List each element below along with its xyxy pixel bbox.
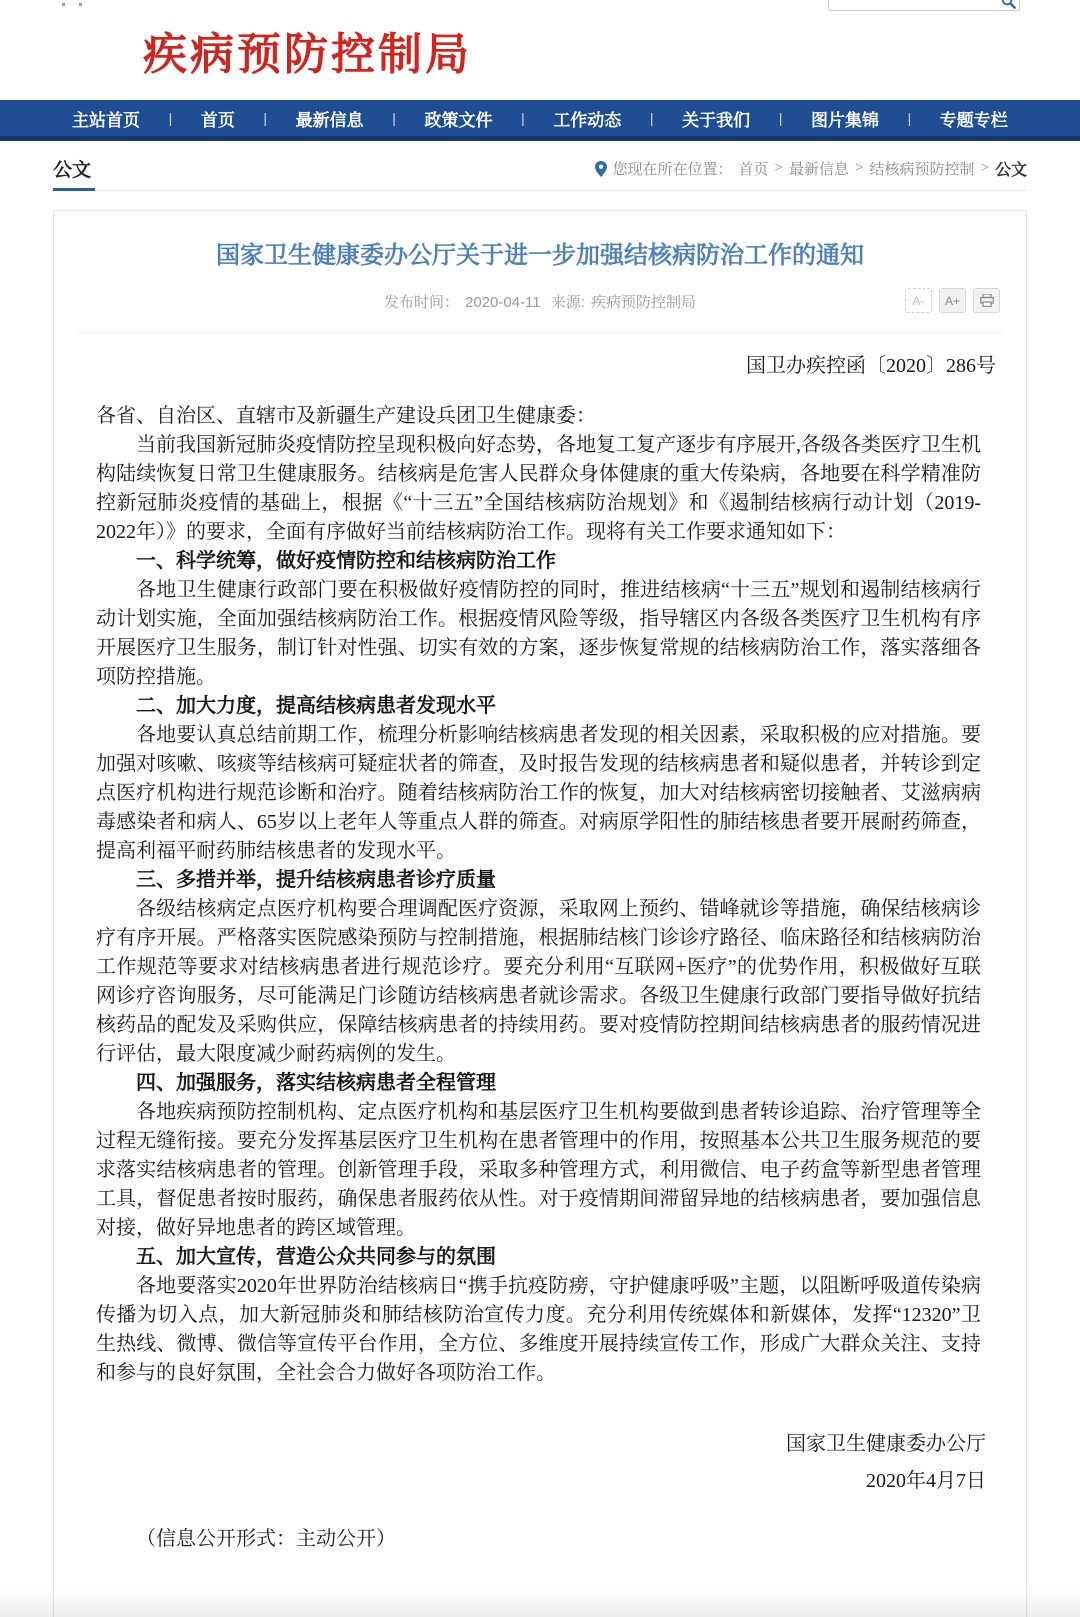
- breadcrumb-label: 您现在所在位置：: [613, 158, 733, 179]
- meta-row: 发布时间：2020-04-11 来源:疾病预防控制局 A- A+: [54, 290, 1026, 318]
- search-input[interactable]: [829, 0, 997, 10]
- nav-divider: |: [392, 110, 396, 126]
- document-number: 国卫办疾控函〔2020〕286号: [54, 349, 996, 378]
- signature-org: 国家卫生健康委办公厅: [54, 1426, 986, 1463]
- paragraph: 各地疾病预防控制机构、定点医疗机构和基层医疗卫生机构要做到患者转诊追踪、治疗管理…: [96, 1098, 981, 1243]
- document-title: 国家卫生健康委办公厅关于进一步加强结核病防治工作的通知: [54, 235, 1026, 270]
- print-icon: [980, 294, 994, 307]
- nav-item-home[interactable]: 首页: [201, 106, 235, 131]
- section-heading-4: 四、加强服务，落实结核病患者全程管理: [96, 1069, 981, 1098]
- salutation: 各省、自治区、直辖市及新疆生产建设兵团卫生健康委：: [96, 402, 981, 431]
- paragraph: 各地卫生健康行政部门要在积极做好疫情防控的同时，推进结核病“十三五”规划和遏制结…: [96, 576, 981, 692]
- breadcrumb-divider: >: [775, 160, 783, 177]
- font-increase-button[interactable]: A+: [939, 288, 966, 313]
- document-panel: 国家卫生健康委办公厅关于进一步加强结核病防治工作的通知 发布时间：2020-04…: [53, 210, 1027, 1617]
- breadcrumb-row: 公文 您现在所在位置： 首页 > 最新信息 > 结核病预防控制 > 公文: [53, 141, 1027, 191]
- document-body: 各省、自治区、直辖市及新疆生产建设兵团卫生健康委： 当前我国新冠肺炎疫情防控呈现…: [96, 402, 981, 1388]
- disclosure-footnote: （信息公开形式：主动公开）: [96, 1522, 981, 1551]
- nav-item-special-topics[interactable]: 专题专栏: [940, 106, 1008, 131]
- nav-divider: |: [263, 110, 267, 126]
- nav-divider: |: [779, 110, 783, 126]
- breadcrumb-item-home[interactable]: 首页: [739, 158, 769, 179]
- publish-date: 2020-04-11: [465, 294, 541, 311]
- breadcrumb-item-latest-news[interactable]: 最新信息: [789, 158, 849, 179]
- nav-divider: |: [650, 110, 654, 126]
- cutoff-top-links: [62, 0, 142, 6]
- paragraph: 各地要认真总结前期工作，梳理分析影响结核病患者发现的相关因素，采取积极的应对措施…: [96, 721, 981, 866]
- section-title: 公文: [53, 155, 91, 182]
- breadcrumb-current: 公文: [995, 157, 1027, 180]
- location-pin-icon: [595, 161, 607, 177]
- nav-divider: |: [908, 110, 912, 126]
- site-header: 疾病预防控制局: [0, 0, 1080, 100]
- breadcrumb-divider: >: [855, 160, 863, 177]
- breadcrumb-item-tb-control[interactable]: 结核病预防控制: [870, 158, 975, 179]
- nav-item-latest-news[interactable]: 最新信息: [296, 106, 364, 131]
- site-logo[interactable]: 疾病预防控制局: [143, 18, 472, 82]
- signature-date: 2020年4月7日: [54, 1463, 986, 1500]
- section-heading-3: 三、多措并举，提升结核病患者诊疗质量: [96, 866, 981, 895]
- publish-meta: 发布时间：2020-04-11 来源:疾病预防控制局: [54, 290, 1026, 316]
- publish-label: 发布时间：: [384, 294, 459, 311]
- nav-item-main-home[interactable]: 主站首页: [72, 106, 140, 131]
- nav-divider: |: [169, 110, 173, 126]
- print-button[interactable]: [973, 288, 1000, 313]
- font-print-tools: A- A+: [905, 288, 1000, 313]
- source-value: 疾病预防控制局: [591, 294, 696, 311]
- nav-divider: |: [521, 110, 525, 126]
- nav-item-about-us[interactable]: 关于我们: [682, 106, 750, 131]
- section-heading-2: 二、加大力度，提高结核病患者发现水平: [96, 692, 981, 721]
- signature-block: 国家卫生健康委办公厅 2020年4月7日: [54, 1426, 986, 1500]
- breadcrumb-divider: >: [981, 160, 989, 177]
- nav-item-work-updates[interactable]: 工作动态: [553, 106, 621, 131]
- breadcrumb: 您现在所在位置： 首页 > 最新信息 > 结核病预防控制 > 公文: [595, 157, 1027, 180]
- section-heading-1: 一、科学统筹，做好疫情防控和结核病防治工作: [96, 547, 981, 576]
- meta-separator: [78, 332, 1002, 333]
- nav-item-photo-gallery[interactable]: 图片集锦: [811, 106, 879, 131]
- search-icon[interactable]: [997, 0, 1019, 10]
- site-search: [828, 0, 1020, 11]
- paragraph: 各级结核病定点医疗机构要合理调配医疗资源，采取网上预约、错峰就诊等措施，确保结核…: [96, 895, 981, 1069]
- section-heading-5: 五、加大宣传，营造公众共同参与的氛围: [96, 1243, 981, 1272]
- font-decrease-button[interactable]: A-: [905, 288, 932, 313]
- main-nav: 主站首页 | 首页 | 最新信息 | 政策文件 | 工作动态 | 关于我们 | …: [0, 100, 1080, 141]
- paragraph: 各地要落实2020年世界防治结核病日“携手抗疫防痨，守护健康呼吸”主题，以阻断呼…: [96, 1272, 981, 1388]
- nav-item-policy-docs[interactable]: 政策文件: [424, 106, 492, 131]
- paragraph: 当前我国新冠肺炎疫情防控呈现积极向好态势，各地复工复产逐步有序展开,各级各类医疗…: [96, 431, 981, 547]
- source-label: 来源:: [551, 294, 585, 311]
